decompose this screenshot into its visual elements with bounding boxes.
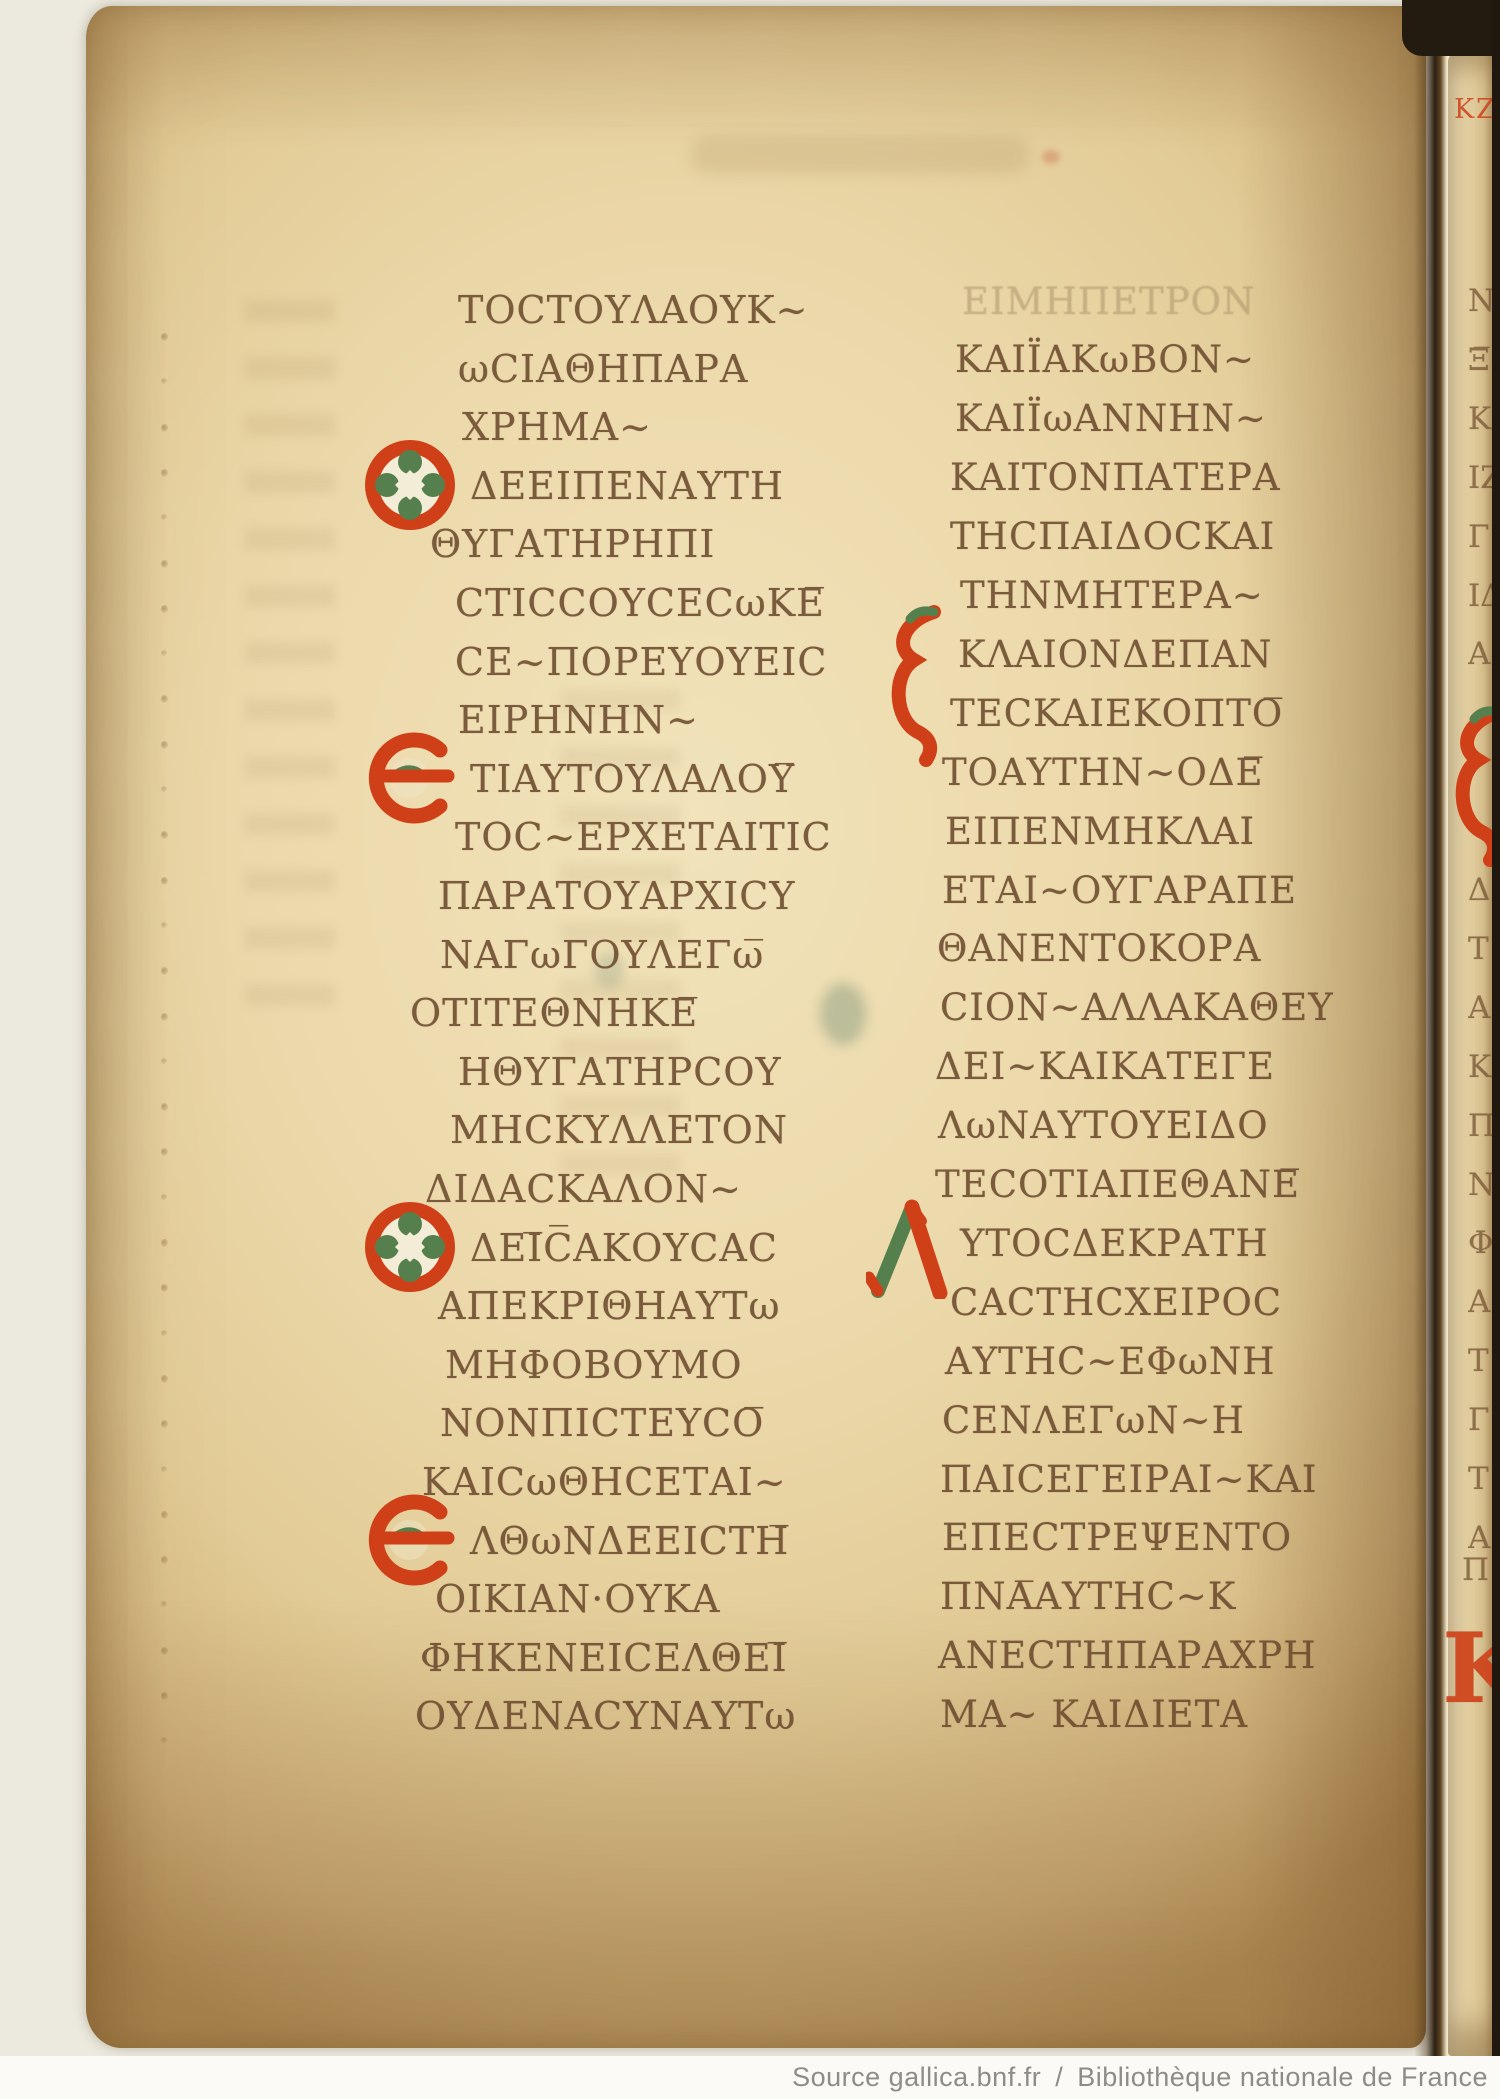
photo-right-edge (1492, 0, 1500, 2056)
pricking-hole (161, 1647, 168, 1655)
manuscript-text-line: ΕΙΜΗΠΕΤΡΟΝ (962, 279, 1255, 323)
pricking-hole (161, 333, 168, 341)
manuscript-text-line: ΕΙΡΗΝΗΝ~ (458, 698, 699, 742)
manuscript-text-line: ΚΑΙΤΟΝΠΑΤΕΡΑ (950, 456, 1281, 500)
manuscript-text-line: ΟΥΔΕΝΑCΥΝΑΥΤω (415, 1694, 796, 1738)
pricking-hole (161, 1194, 167, 1200)
decorated-initial-alpha-icon (866, 1199, 950, 1304)
adjacent-page-letter-fragment: Π (1462, 1552, 1496, 1588)
pricking-hole (161, 469, 168, 477)
manuscript-text-line: ΤΟCΤΟΥΛΑΟΥΚ~ (458, 288, 809, 332)
manuscript-text-line: ΥΤΟCΔΕΚΡΑΤΗ (960, 1221, 1269, 1265)
manuscript-text-line: ΜΑ~ ΚΑΙΔΙΕΤΑ (940, 1693, 1248, 1737)
manuscript-text-line: ΚΑΙΪωΑΝΝΗΝ~ (955, 397, 1267, 441)
manuscript-text-line: ΚΑΙΪΑΚωΒΟΝ~ (955, 338, 1255, 382)
manuscript-text-line: ΠΑΙCΕΓΕΙΡΑΙ~ΚΑΙ (940, 1457, 1317, 1501)
manuscript-text-line: ΦΗΚΕΝΕΙCΕΛΘΕΙ̅ (420, 1636, 788, 1680)
manuscript-text-line: ΤΟC~ΕΡΧΕΤΑΙΤΙC (455, 815, 832, 859)
manuscript-text-line: ΔΕΙ~ΚΑΙΚΑΤΕΓΕ (935, 1045, 1275, 1089)
manuscript-text-line: ΝΟΝΠΙCΤΕΥCΟ̅ (440, 1401, 764, 1445)
pricking-hole (161, 922, 167, 928)
manuscript-text-line: ΛωΝΑΥΤΟΥΕΙΔΟ (938, 1104, 1269, 1148)
manuscript-text-line: ΤΟΑΥΤΗΝ~ΟΔΕ̅ (942, 750, 1264, 794)
photo-dark-corner (1402, 0, 1500, 56)
footer-institution: Bibliothèque nationale de France (1077, 2062, 1488, 2093)
manuscript-text-line: ΘΑΝΕΝΤΟΚΟΡΑ (937, 927, 1261, 971)
pricking-hole (161, 786, 167, 792)
pricking-hole (161, 1330, 167, 1336)
pricking-hole (161, 1511, 168, 1519)
manuscript-text-line: ΜΗCΚΥΛΛΕΤΟΝ (450, 1108, 788, 1152)
decorated-initial-epsilon-icon (364, 732, 456, 829)
manuscript-text-line: ΕΤΑΙ~ΟΥΓΑΡΑΠΕ (942, 868, 1297, 912)
manuscript-text-line: ΑΝΕCΤΗΠΑΡΑΧΡΗ (938, 1634, 1316, 1678)
manuscript-text-line: ΘΥΓΑΤΗΡΗΠΙ (430, 522, 715, 566)
manuscript-text-line: CΕ~ΠΟΡΕΥΟΥΕΙC (455, 640, 827, 684)
manuscript-text-line: CΙΟΝ~ΑΛΛΑΚΑΘΕΥ (940, 986, 1334, 1030)
pricking-hole (161, 1239, 168, 1247)
pricking-hole (161, 424, 168, 432)
pricking-hole (161, 741, 168, 749)
manuscript-text-line: ΗΘΥΓΑΤΗΡCΟΥ (458, 1050, 782, 1094)
manuscript-text-line: ΤΕCΟΤΙΑΠΕΘΑΝΕ̅ (935, 1163, 1300, 1207)
footer-source-label: Source gallica.bnf.fr (792, 2062, 1041, 2093)
manuscript-text-line: ΟΤΙΤΕΘΝΗΚΕ̅ (410, 991, 698, 1035)
manuscript-text-line: ΤΗCΠΑΙΔΟCΚΑΙ (950, 515, 1275, 559)
pricking-hole (161, 1058, 167, 1064)
decorated-initial-o-medallion-icon (364, 439, 456, 536)
pricking-hole (161, 1375, 168, 1383)
manuscript-text-line: ΝΑΓωΓΟΥΛΕΓω̅ (440, 933, 764, 977)
pricking-hole (161, 1692, 168, 1700)
pricking-hole (161, 1013, 168, 1021)
gallica-footer: Source gallica.bnf.fr / Bibliothèque nat… (0, 2056, 1500, 2099)
manuscript-text-line: ΔΕΕΙΠΕΝΑΥΤΗ (470, 464, 784, 508)
manuscript-text-line: ΚΛΑΙΟΝΔΕΠΑΝ (958, 632, 1273, 676)
manuscript-text-line: ΔΙΔΑCΚΑΛΟΝ~ (425, 1167, 742, 1211)
manuscript-text-line: ΑΠΕΚΡΙΘΗΑΥΤω (438, 1284, 780, 1328)
manuscript-text-line: ΤΗΝΜΗΤΕΡΑ~ (960, 574, 1264, 618)
pricking-hole (161, 1466, 167, 1472)
manuscript-text-line: ΠΑΡΑΤΟΥΑΡΧΙCΥ (438, 874, 795, 918)
manuscript-text-line: ΛΘωΝΔΕΕΙCΤΗ̅ (470, 1519, 789, 1563)
manuscript-text-line: ΤΕCΚΑΙΕΚΟΠΤΟ̅ (950, 691, 1283, 735)
manuscript-text-line: ΔΕΙ̅C̅ΑΚΟΥCΑC (470, 1226, 778, 1270)
manuscript-text-line: ΟΙΚΙΑΝ·ΟΥΚΑ (435, 1577, 720, 1621)
manuscript-text-line: ΠΝΑ̅ΑΥΤΗC~Κ (940, 1575, 1236, 1619)
decorated-initial-o-medallion-icon (364, 1201, 456, 1298)
manuscript-text-line: ωCΙΑΘΗΠΑΡΑ (458, 347, 748, 391)
decorated-initial-swash-epsilon-icon (884, 598, 948, 775)
manuscript-text-line: ΑΥΤΗC~ΕΦωΝΗ (945, 1339, 1276, 1383)
manuscript-text-line: ΕΠΕCΤΡΕΨΕΝΤΟ (942, 1516, 1292, 1560)
manuscript-text-line: ΜΗΦΟΒΟΥΜΟ (445, 1343, 743, 1387)
pricking-hole (161, 605, 168, 613)
manuscript-text-line: CΑCΤΗCΧΕΙΡΟC (950, 1280, 1282, 1324)
manuscript-text-line: CΤΙCCΟΥCΕCωΚΕ̅ (455, 581, 825, 625)
manuscript-photo: ΤΟCΤΟΥΛΑΟΥΚ~ωCΙΑΘΗΠΑΡΑΧΡΗΜΑ~ΔΕΕΙΠΕΝΑΥΤΗΘ… (0, 0, 1500, 2056)
manuscript-text-line: CΕΝΛΕΓωΝ~Η (942, 1398, 1245, 1442)
manuscript-text-line: ΧΡΗΜΑ~ (462, 405, 652, 449)
pricking-hole (161, 560, 168, 568)
footer-separator: / (1055, 2062, 1063, 2093)
manuscript-text-line: ΤΙΑΥΤΟΥΛΑΛΟΥ̅ (470, 757, 795, 801)
manuscript-text-line: ΕΙΠΕΝΜΗΚΛΑΙ (945, 809, 1255, 853)
manuscript-text-line: ΚΑΙCωΘΗCΕΤΑΙ~ (422, 1460, 787, 1504)
decorated-initial-epsilon-icon (364, 1494, 456, 1591)
pricking-hole (161, 877, 168, 885)
